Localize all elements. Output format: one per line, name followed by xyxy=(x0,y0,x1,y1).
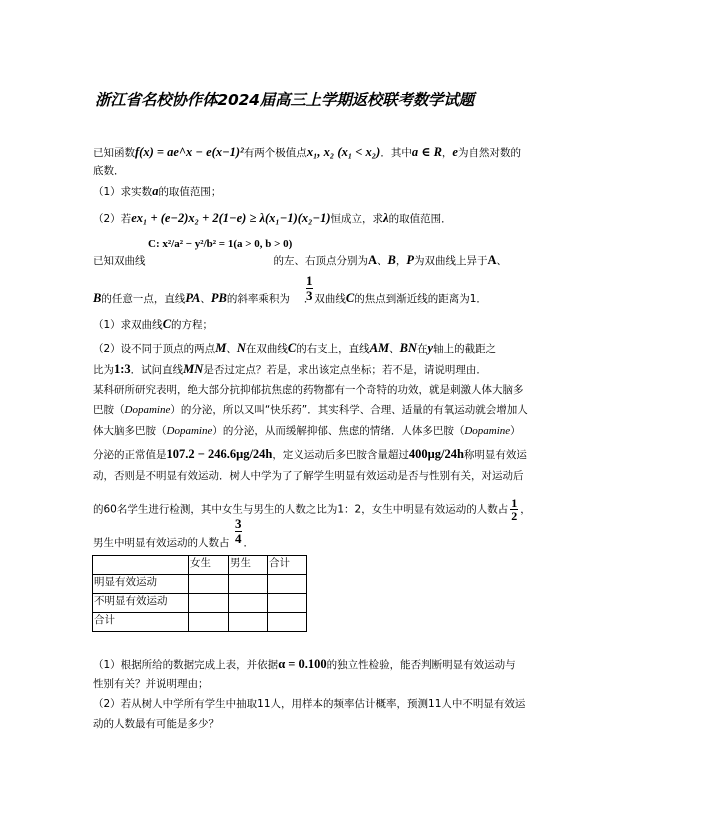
problem2-question-2: （2）设不同于顶点的两点M、N在双曲线C的右支上，直线AM、BN在y轴上的截距之 xyxy=(93,341,496,356)
text: 分泌的正常值是 xyxy=(93,449,167,461)
text: 已知双曲线 xyxy=(93,255,146,267)
text: 为双曲线上异于 xyxy=(414,255,488,267)
text: 男生中明显有效运动的人数占 xyxy=(93,537,230,549)
problem3-paragraph-line-2: 巴胺（Dopamine）的分泌，所以又叫“快乐药”．其实科学、合理、适量的有氧运… xyxy=(93,403,528,417)
text: 的任意一点，直线 xyxy=(101,293,185,305)
problem2-question-2-line-2: 比为1:3．试问直线MN是否过定点？若是，求出该定点坐标；若不是，请说明理由． xyxy=(93,362,487,377)
point-N: N xyxy=(237,341,246,355)
text: ． xyxy=(244,537,255,549)
table-cell xyxy=(268,575,307,594)
table-cell xyxy=(229,613,268,632)
point-M: M xyxy=(215,341,226,355)
hyperbola-formula: C: x²/a² − y²/b² = 1(a > 0, b > 0) xyxy=(148,238,292,250)
text: 名学生进行检测，其中女生与男生的人数之比为 xyxy=(117,504,338,516)
text: 比为 xyxy=(93,364,114,376)
dopamine-term: Dopamine xyxy=(167,425,213,437)
document-page: 浙江省名校协作体2024届高三上学期返校联考数学试题 已知函数f(x) = ae… xyxy=(0,0,718,825)
line-PB: PB xyxy=(211,291,227,305)
problem3-question-2-line-2: 动的人数最有可能是多少？ xyxy=(93,717,219,731)
a-in-R-formula: a ∈ R xyxy=(412,145,442,159)
table-cell xyxy=(189,613,229,632)
text: 有两个极值点 xyxy=(244,147,307,159)
function-formula: f(x) = ae^x − e(x−1)² xyxy=(135,145,244,159)
text: ） xyxy=(510,425,521,437)
table-cell xyxy=(268,594,307,613)
text: 、 xyxy=(497,255,508,267)
table-cell xyxy=(229,575,268,594)
girl-fraction: 12 xyxy=(510,497,518,522)
text: 巴胺（ xyxy=(93,404,125,416)
text: ，定义运动后多巴胺含量超过 xyxy=(272,449,409,461)
table-header-female: 女生 xyxy=(189,556,229,575)
point-A: A xyxy=(488,253,497,267)
table-row: 不明显有效运动 xyxy=(93,594,307,613)
text: 轴上的截距之 xyxy=(433,343,496,355)
threshold-value: 400μg/24h xyxy=(409,447,464,461)
curve-C: C xyxy=(163,317,171,331)
problem1-question-2: （2）若ex₁ + (e−2)x₂ + 2(1−e) ≥ λ(x₁−1)(x₂−… xyxy=(93,211,452,226)
problem3-paragraph-line-6: 的60名学生进行检测，其中女生与男生的人数之比为1：2，女生中明显有效运动的人数… xyxy=(93,497,531,522)
table-header-male: 男生 xyxy=(229,556,268,575)
text: 在双曲线 xyxy=(246,343,288,355)
problem2-intro-line: 已知双曲线的左、右顶点分别为A、B，P为双曲线上异于A、 xyxy=(93,253,507,268)
table-row-label: 明显有效运动 xyxy=(93,575,189,594)
curve-C: C xyxy=(346,291,354,305)
text: ， xyxy=(396,255,407,267)
problem2-intro-line-2: B的任意一点，直线PA、PB的斜率乘积为．双曲线C的焦点到渐近线的距离为1． xyxy=(93,291,487,306)
text: 、 xyxy=(389,343,400,355)
text: ，女生中明显有效运动的人数占 xyxy=(361,504,508,516)
dopamine-term: Dopamine xyxy=(464,425,510,437)
text: 的方程； xyxy=(171,319,213,331)
table-row: 合计 xyxy=(93,613,307,632)
problem3-question-1: （1）根据所给的数据完成上表，并依据α = 0.100的独立性检验，能否判断明显… xyxy=(93,657,516,672)
text: 、 xyxy=(226,343,237,355)
text: 体大脑多巴胺（ xyxy=(93,425,167,437)
text: 的右支上，直线 xyxy=(296,343,370,355)
document-title: 浙江省名校协作体2024届高三上学期返校联考数学试题 xyxy=(95,88,474,110)
table-row-label: 不明显有效运动 xyxy=(93,594,189,613)
text: （2）若 xyxy=(93,213,131,225)
problem1-intro-line-2: 底数． xyxy=(93,164,125,178)
problem3-paragraph-line-4: 分泌的正常值是107.2 − 246.6μg/24h，定义运动后多巴胺含量超过4… xyxy=(93,447,527,462)
problem3-question-2: （2）若从树人中学所有学生中抽取11人，用样本的频率估计概率，预测11人中不明显… xyxy=(93,697,525,711)
curve-C: C xyxy=(288,341,296,355)
contingency-table: 女生 男生 合计 明显有效运动 不明显有效运动 合计 xyxy=(92,555,307,632)
text: 的斜率乘积为 xyxy=(227,293,290,305)
fraction-numerator: 3 xyxy=(235,517,242,532)
table-row-label: 合计 xyxy=(93,613,189,632)
text: ）的分泌，所以又叫“快乐药”．其实科学、合理、适量的有氧运动就会增加人 xyxy=(170,404,527,416)
line-MN: MN xyxy=(183,362,203,376)
text: ．其中 xyxy=(380,147,412,159)
problem1-intro-line: 已知函数f(x) = ae^x − e(x−1)²有两个极值点x₁, x₂ (x… xyxy=(93,145,521,160)
text: ， xyxy=(520,504,531,516)
ratio-value: 1:3 xyxy=(114,362,131,376)
fraction-numerator: 1 xyxy=(306,274,313,289)
text: 为自然对数的 xyxy=(458,147,521,159)
inequality-formula: ex₁ + (e−2)x₂ + 2(1−e) ≥ λ(x₁−1)(x₂−1) xyxy=(131,211,330,225)
student-count: 60 xyxy=(104,504,117,516)
problem1-question-1: （1）求实数a的取值范围； xyxy=(93,184,221,199)
point-P: P xyxy=(406,253,414,267)
fraction-denominator: 2 xyxy=(510,510,518,522)
text: 是否过定点？若是，求出该定点坐标；若不是，请说明理由． xyxy=(203,364,487,376)
table-cell xyxy=(229,594,268,613)
normal-range-value: 107.2 − 246.6μg/24h xyxy=(167,447,273,461)
text: ， xyxy=(442,147,453,159)
text: （1）求实数 xyxy=(93,186,152,198)
table-cell xyxy=(189,594,229,613)
text: 、 xyxy=(200,293,211,305)
text: 的焦点到渐近线的距离为1． xyxy=(354,293,487,305)
text: 、 xyxy=(377,255,388,267)
text: 的取值范围． xyxy=(389,213,452,225)
text: 的 xyxy=(93,504,104,516)
problem2-question-1: （1）求双曲线C的方程； xyxy=(93,317,213,332)
gender-ratio: 1：2 xyxy=(337,504,361,516)
text: （2）设不同于顶点的两点 xyxy=(93,343,215,355)
problem3-paragraph-line-5: 动，否则是不明显有效运动．树人中学为了了解学生明显有效运动是否与性别有关，对运动… xyxy=(93,469,524,483)
table-cell xyxy=(93,556,189,575)
text: 称明显有效运 xyxy=(464,449,527,461)
text: ．试问直线 xyxy=(131,364,184,376)
extreme-points-formula: x₁, x₂ (x₁ < x₂) xyxy=(307,145,381,159)
text: 的左、右顶点分别为 xyxy=(274,255,369,267)
text: ）的分泌，从而缓解抑郁、焦虑的情绪．人体多巴胺（ xyxy=(212,425,464,437)
table-row: 明显有效运动 xyxy=(93,575,307,594)
alpha-value: α = 0.100 xyxy=(278,657,326,671)
line-PA: PA xyxy=(185,291,200,305)
text: ．双曲线 xyxy=(304,293,346,305)
table-cell xyxy=(189,575,229,594)
text: 的取值范围； xyxy=(158,186,221,198)
line-AM: AM xyxy=(370,341,389,355)
text: 已知函数 xyxy=(93,147,135,159)
text: 的独立性检验，能否判断明显有效运动与 xyxy=(327,659,516,671)
point-A: A xyxy=(368,253,377,267)
table-header-row: 女生 男生 合计 xyxy=(93,556,307,575)
point-B: B xyxy=(388,253,396,267)
table-cell xyxy=(268,613,307,632)
problem3-paragraph-line-1: 某科研所研究表明，绝大部分抗抑郁抗焦虑的药物都有一个奇特的功效，就是刺激人体大脑… xyxy=(93,383,524,397)
problem3-paragraph-line-7: 男生中明显有效运动的人数占． xyxy=(93,536,254,550)
dopamine-term: Dopamine xyxy=(125,404,171,416)
text: 在 xyxy=(417,343,428,355)
text: （1）求双曲线 xyxy=(93,319,163,331)
table-header-total: 合计 xyxy=(268,556,307,575)
line-BN: BN xyxy=(400,341,417,355)
text: 恒成立，求 xyxy=(331,213,384,225)
problem3-question-1-line-2: 性别有关？并说明理由； xyxy=(93,677,209,691)
problem3-paragraph-line-3: 体大脑多巴胺（Dopamine）的分泌，从而缓解抑郁、焦虑的情绪．人体多巴胺（D… xyxy=(93,424,521,438)
text: （1）根据所给的数据完成上表，并依据 xyxy=(93,659,278,671)
